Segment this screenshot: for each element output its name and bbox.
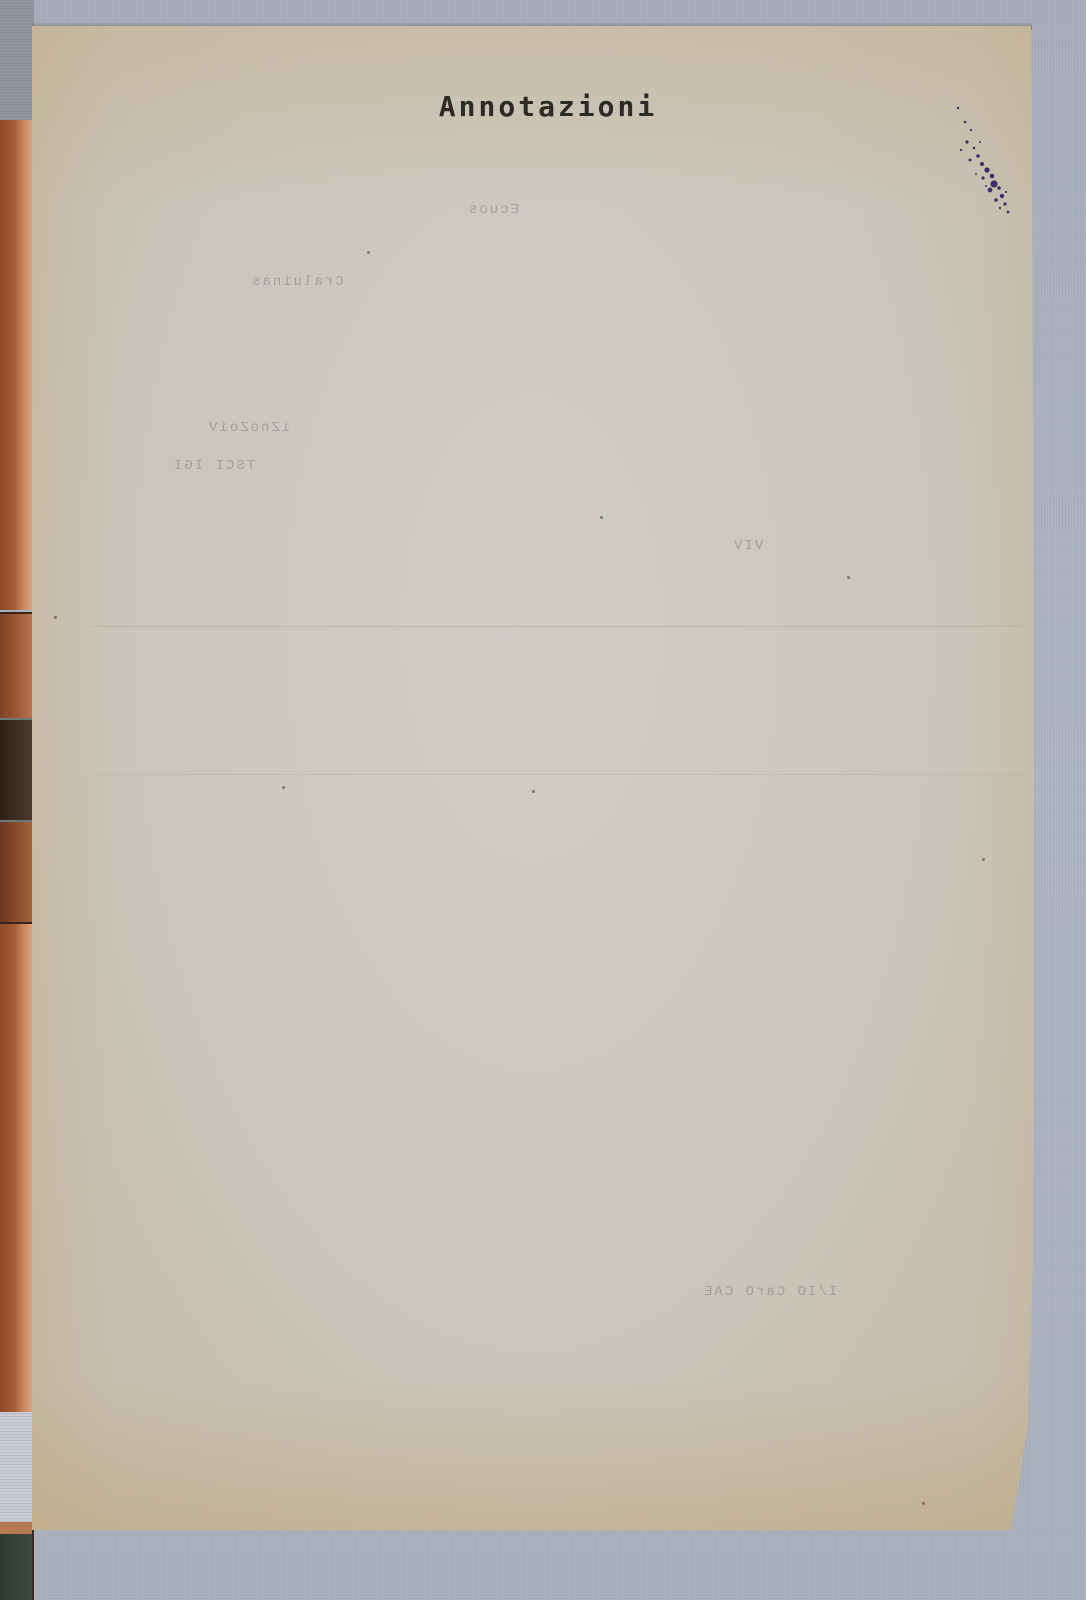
show-through-text: VIV [732,538,763,554]
paper-speck [532,790,535,793]
paper-speck [922,1502,925,1505]
paper-speck [847,576,850,579]
binder-wood-segment [0,612,34,718]
show-through-text: I/IO CarO CAE [702,1284,837,1300]
ink-spatter-icon [920,90,1010,220]
show-through-text: TSCI IGI [172,458,255,474]
binder-wood-segment [0,120,34,610]
paper-crease [92,626,1022,627]
show-through-text: Craluinas [250,274,344,290]
binder-wood-segment [0,1522,34,1534]
show-through-text: Ecuos [467,202,519,218]
paper-speck [367,251,370,254]
paper-speck [982,858,985,861]
binder-cloth-bottom [0,1412,32,1522]
binder-wood-segment [0,820,34,922]
paper-speck [600,516,603,519]
show-through-text: iZnoZoiV [207,420,290,436]
paper-crease [92,774,1022,775]
paper-speck [282,786,285,789]
document-title: Annotazioni [32,90,1034,123]
paper-sheet: Annotazioni Ecuos Craluinas iZnoZoiV TSC… [32,26,1034,1530]
binder-wood-segment [0,922,34,1414]
binder-wood-segment [0,1534,34,1600]
paper-speck [54,616,57,619]
binder-wood-segment [0,718,34,820]
binder-cloth-top [0,0,34,122]
binder-spine [0,0,34,1600]
